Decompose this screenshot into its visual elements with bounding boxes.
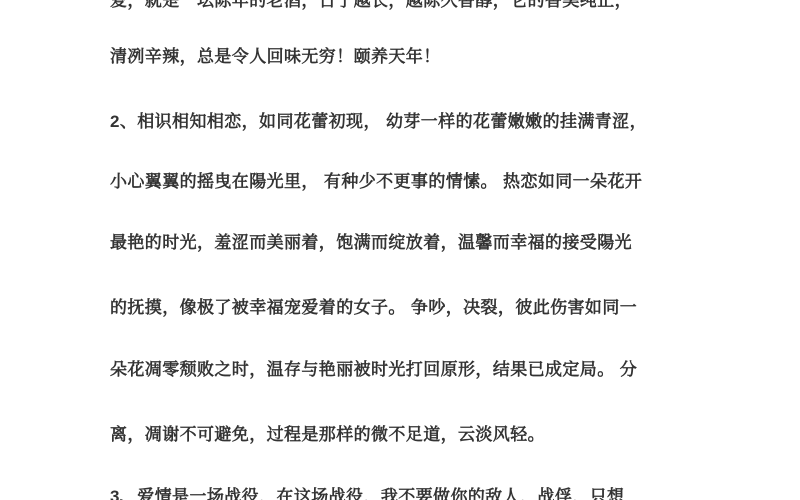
text-line: 清冽辛辣，总是令人回味无穷！颐养天年！: [110, 47, 441, 66]
text-line: 最艳的时光，羞涩而美丽着，饱满而绽放着，温馨而幸福的接受陽光: [110, 233, 632, 252]
text-line-clipped-bottom: 3、爱情是一场战役，在这场战役，我不要做你的敌人，战俘，只想: [110, 487, 624, 500]
text-line: 的抚摸，像极了被幸福宠爱着的女子。 争吵，决裂，彼此伤害如同一: [110, 298, 637, 317]
text-line: 小心翼翼的摇曳在陽光里， 有种少不更事的情愫。 热恋如同一朵花开: [110, 172, 642, 191]
text-line-clipped-top: 爱，就是一坛陈年的老酒，日子越长，越陈久香醇，它的香美纯正，: [110, 0, 632, 10]
document-page: 爱，就是一坛陈年的老酒，日子越长，越陈久香醇，它的香美纯正， 清冽辛辣，总是令人…: [0, 0, 800, 500]
text-line: 朵花凋零颓败之时，温存与艳丽被时光打回原形，结果已成定局。 分: [110, 360, 637, 379]
text-line: 离，凋谢不可避免，过程是那样的微不足道，云淡风轻。: [110, 425, 545, 444]
text-line: 2、相识相知相恋，如同花蕾初现， 幼芽一样的花蕾嫩嫩的挂满青涩，: [110, 112, 647, 131]
